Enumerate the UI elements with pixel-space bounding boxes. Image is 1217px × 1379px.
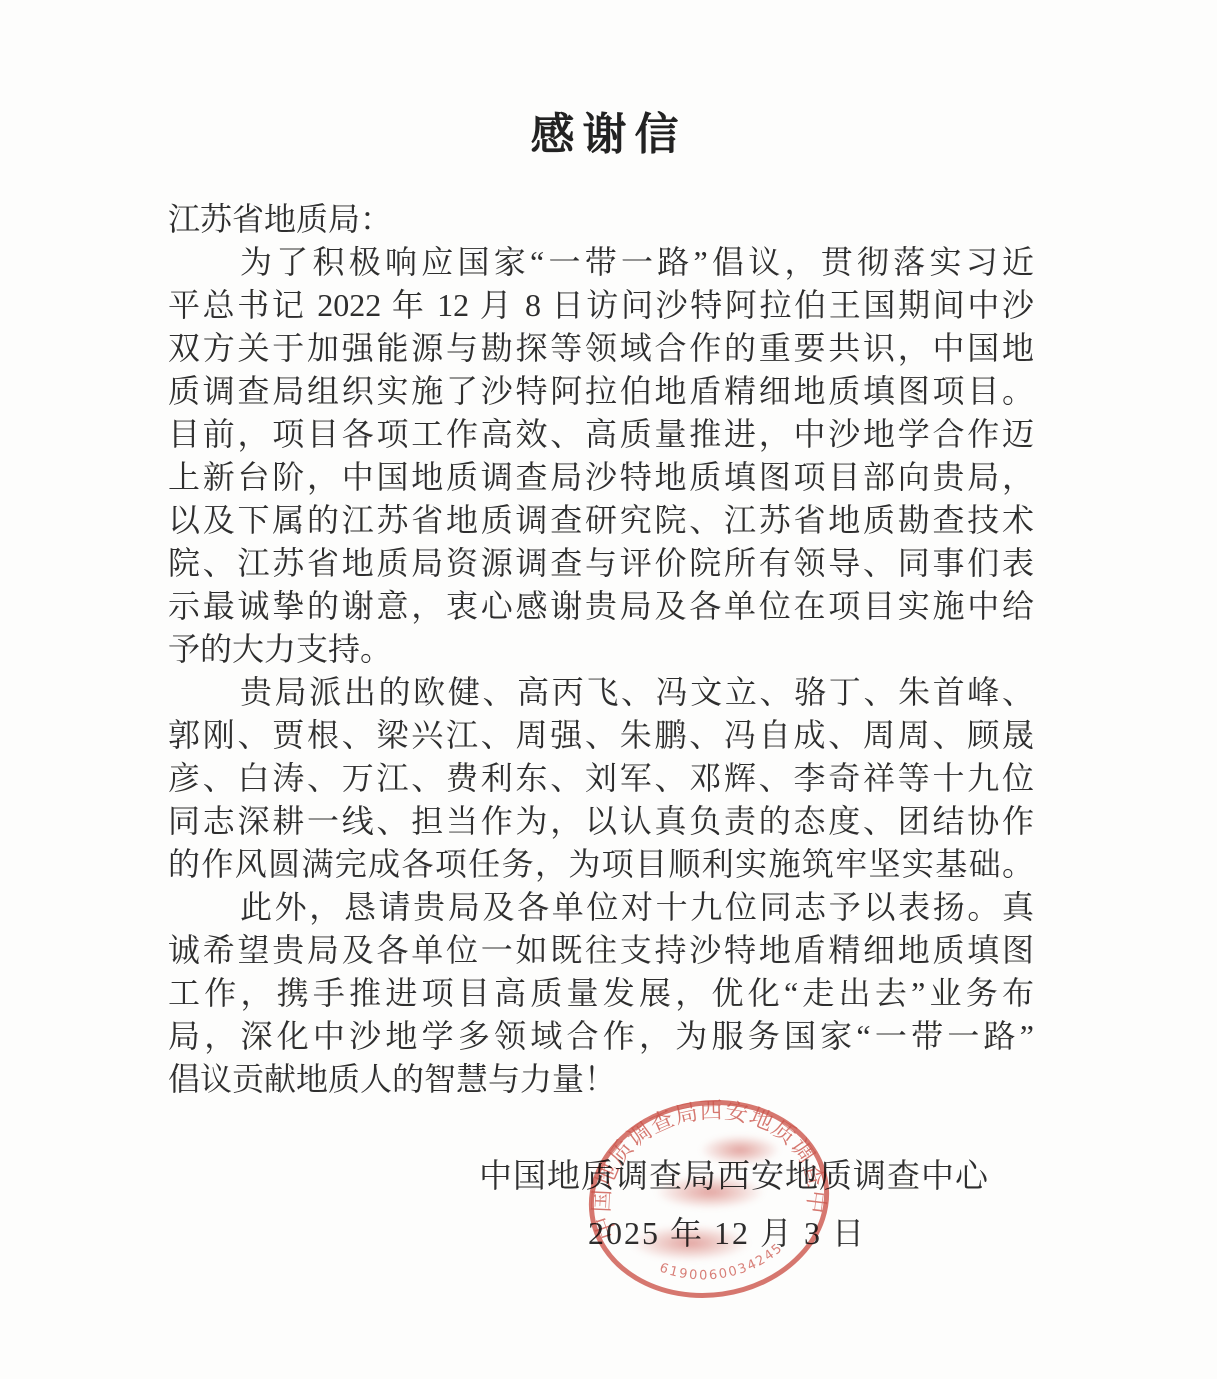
letter-line: 院、江苏省地质局资源调查与评价院所有领导、同事们表	[168, 542, 1034, 585]
letter-line: 工作，携手推进项目高质量发展，优化“走出去”业务布	[168, 972, 1034, 1015]
letter-page: 感谢信 江苏省地质局： 为了积极响应国家“一带一路”倡议，贯彻落实习近平总书记 …	[0, 0, 1217, 1379]
letter-line: 以及下属的江苏省地质调查研究院、江苏省地质勘查技术	[168, 499, 1034, 542]
letter-line: 倡议贡献地质人的智慧与力量！	[168, 1058, 1034, 1101]
salutation-line: 江苏省地质局：	[168, 198, 1034, 241]
letter-line: 的作风圆满完成各项任务，为项目顺利实施筑牢坚实基础。	[168, 843, 1034, 886]
letter-line: 同志深耕一线、担当作为，以认真负责的态度、团结协作	[168, 800, 1034, 843]
letter-line: 示最诚挚的谢意，衷心感谢贵局及各单位在项目实施中给	[168, 585, 1034, 628]
letter-line: 彦、白涛、万江、费利东、刘军、邓辉、李奇祥等十九位	[168, 757, 1034, 800]
letter-body: 江苏省地质局： 为了积极响应国家“一带一路”倡议，贯彻落实习近平总书记 2022…	[168, 198, 1034, 1101]
letter-line: 郭刚、贾根、梁兴江、周强、朱鹏、冯自成、周周、顾晟	[168, 714, 1034, 757]
letter-line: 质调查局组织实施了沙特阿拉伯地盾精细地质填图项目。	[168, 370, 1034, 413]
letter-title: 感谢信	[0, 98, 1217, 162]
signature-organization: 中国地质调查局西安地质调查中心	[479, 1150, 989, 1197]
signature-date: 2025 年 12 月 3 日	[588, 1208, 866, 1254]
letter-line: 诚希望贵局及各单位一如既往支持沙特地盾精细地质填图	[168, 929, 1034, 972]
letter-line: 双方关于加强能源与勘探等领域合作的重要共识，中国地	[168, 327, 1034, 370]
letter-line: 予的大力支持。	[168, 628, 1034, 671]
letter-line: 上新台阶，中国地质调查局沙特地质填图项目部向贵局，	[168, 456, 1034, 499]
seal-outer-ring	[579, 1088, 839, 1311]
letter-line: 贵局派出的欧健、高丙飞、冯文立、骆丁、朱首峰、	[168, 671, 1034, 714]
letter-line: 此外，恳请贵局及各单位对十九位同志予以表扬。真	[168, 886, 1034, 929]
official-seal: 中国地质调查局西安地质调查中心 6190060034245	[565, 1072, 853, 1326]
letter-line: 局，深化中沙地学多领域合作，为服务国家“一带一路”	[168, 1015, 1034, 1058]
letter-line: 目前，项目各项工作高效、高质量推进，中沙地学合作迈	[168, 413, 1034, 456]
letter-line: 为了积极响应国家“一带一路”倡议，贯彻落实习近	[168, 241, 1034, 284]
letter-line: 平总书记 2022 年 12 月 8 日访问沙特阿拉伯王国期间中沙	[168, 284, 1034, 327]
